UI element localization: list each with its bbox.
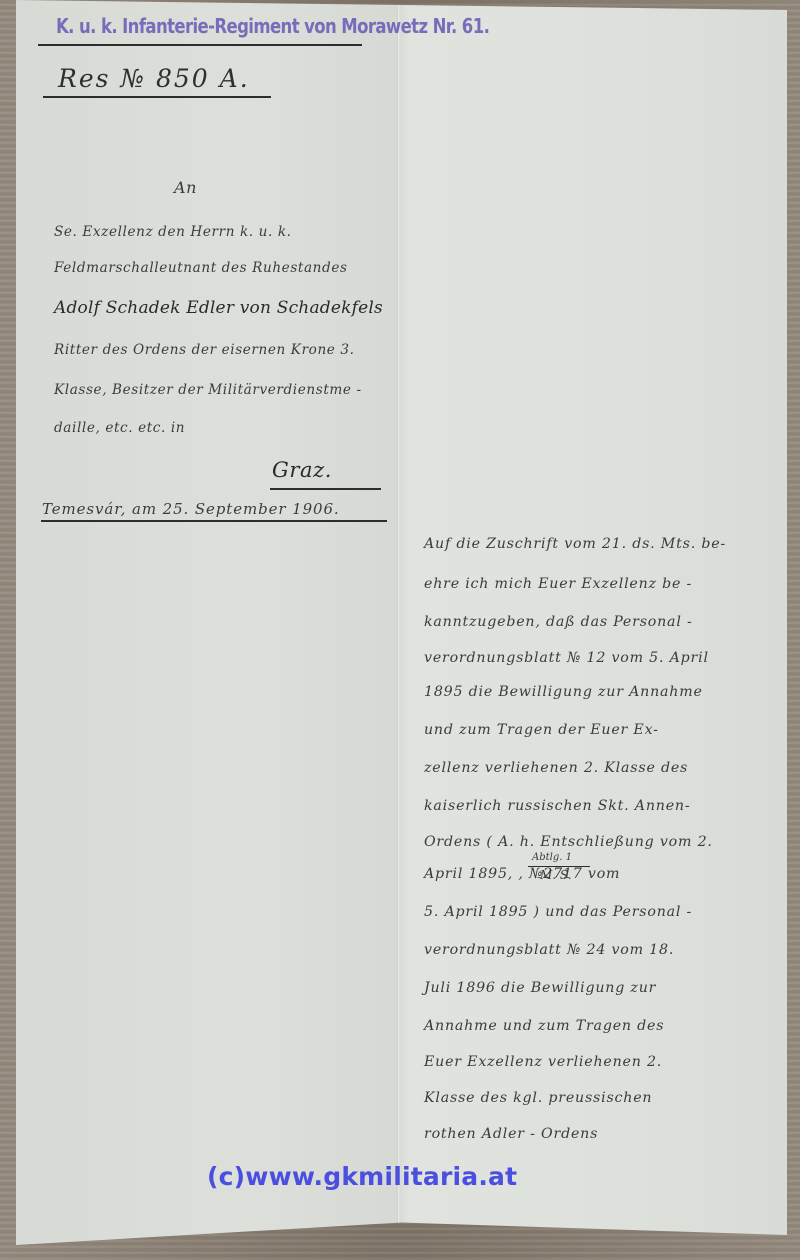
fraction-numerator: Abtlg. 1	[532, 852, 572, 863]
reference-number: Res № 850 A.	[58, 64, 250, 93]
body-line: verordnungsblatt № 24 vom 18.	[424, 942, 674, 958]
address-line: Ritter des Ordens der eisernen Krone 3.	[54, 342, 355, 358]
body-line: Auf die Zuschrift vom 21. ds. Mts. be-	[424, 536, 726, 552]
city-underline	[270, 488, 381, 490]
body-line: verordnungsblatt № 12 vom 5. April	[424, 650, 709, 666]
body-line: ehre ich mich Euer Exzellenz be -	[424, 576, 692, 592]
date-underline	[41, 520, 387, 522]
body-line: Klasse des kgl. preussischen	[424, 1090, 652, 1106]
address-line: Klasse, Besitzer der Militärverdienstme …	[54, 382, 362, 398]
address-line: Se. Exzellenz den Herrn k. u. k.	[54, 224, 292, 240]
body-line: Ordens ( A. h. Entschließung vom 2.	[424, 834, 713, 850]
salutation: An	[174, 178, 197, 197]
body-line: zellenz verliehenen 2. Klasse des	[424, 760, 688, 776]
body-line: Euer Exzellenz verliehenen 2.	[424, 1054, 662, 1070]
body-line: rothen Adler - Ordens	[424, 1126, 598, 1142]
recipient-name: Adolf Schadek Edler von Schadekfels	[54, 298, 383, 318]
place-and-date: Temesvár, am 25. September 1906.	[42, 500, 340, 518]
reference-underline	[43, 96, 271, 98]
copyright-watermark: (c)www.gkmilitaria.at	[207, 1162, 517, 1191]
body-line: und zum Tragen der Euer Ex-	[424, 722, 659, 738]
stamp-underline	[38, 44, 362, 46]
body-line: April 1895, , №2717 vom	[424, 866, 620, 882]
body-line: kaiserlich russischen Skt. Annen-	[424, 798, 690, 814]
body-line: 5. April 1895 ) und das Personal -	[424, 904, 692, 920]
regiment-stamp: K. u. k. Infanterie-Regiment von Morawet…	[56, 14, 489, 38]
body-line: Annahme und zum Tragen des	[424, 1018, 664, 1034]
address-line: Feldmarschalleutnant des Ruhestandes	[54, 260, 348, 276]
body-line: kanntzugeben, daß das Personal -	[424, 614, 693, 630]
fraction-denominator: M. S.	[540, 868, 572, 882]
body-line: Juli 1896 die Bewilligung zur	[424, 980, 656, 996]
paper-fold-line	[397, 0, 400, 1250]
address-line: daille, etc. etc. in	[54, 420, 185, 436]
body-line: 1895 die Bewilligung zur Annahme	[424, 684, 703, 700]
fraction-bar	[528, 866, 590, 867]
document-sheet: K. u. k. Infanterie-Regiment von Morawet…	[16, 0, 787, 1250]
destination-city: Graz.	[272, 458, 332, 482]
